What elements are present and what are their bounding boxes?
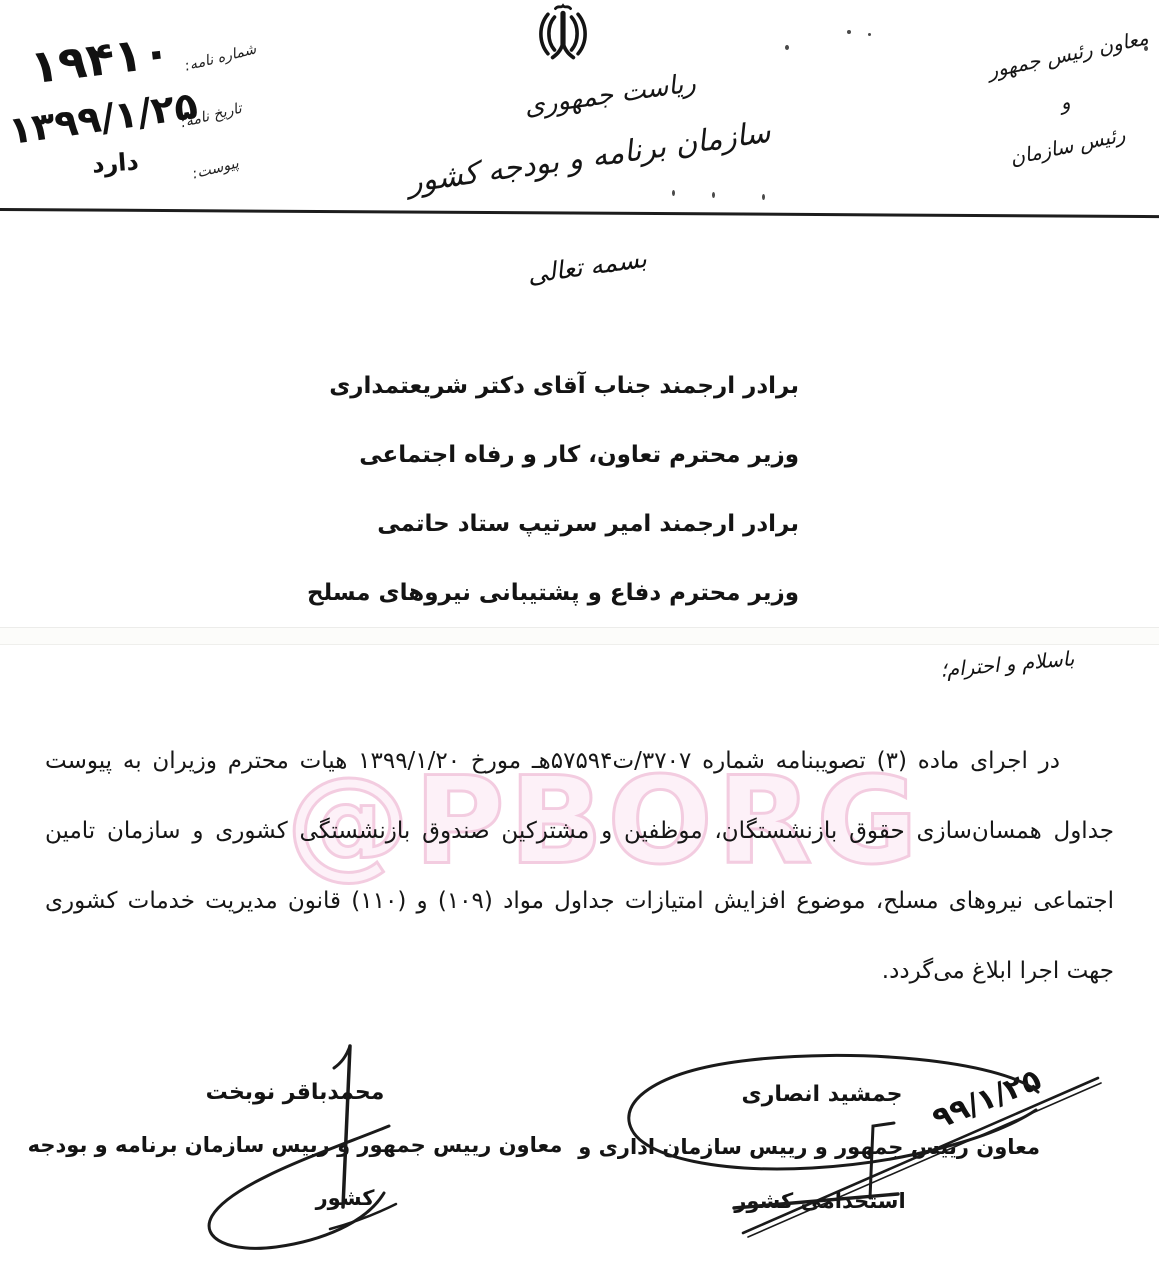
addressee-line: برادر ارجمند جناب آقای دکتر شریعتمداری bbox=[307, 352, 799, 421]
signer-left-title-2: کشور bbox=[260, 1186, 430, 1210]
besmellah: بسمه تعالی bbox=[511, 242, 664, 292]
org-name-pbo: سازمان برنامه و بودجه کشور bbox=[402, 114, 775, 200]
signer-left-name: محمدباقر نوبخت bbox=[35, 1080, 555, 1105]
scan-noise-dot bbox=[672, 190, 675, 196]
org-name-presidency: ریاست جمهوری bbox=[499, 65, 721, 125]
scan-noise-dot bbox=[868, 33, 871, 36]
letter-number-value: ۱۹۴۱۰ bbox=[27, 24, 173, 95]
addressee-line: برادر ارجمند امیر سرتیپ ستاد حاتمی bbox=[307, 490, 799, 559]
scan-noise-dot bbox=[785, 45, 789, 50]
scan-noise-dot bbox=[762, 194, 765, 200]
body-paragraph: در اجرای ماده (۳) تصویبنامه شماره ۳۷۰۷/ت… bbox=[45, 726, 1114, 1006]
scan-noise-dot bbox=[847, 30, 851, 34]
salutation: باسلام و احترام؛ bbox=[939, 646, 1075, 682]
addressee-line: وزیر محترم تعاون، کار و رفاه اجتماعی bbox=[307, 421, 799, 490]
body-line: اجتماعی نیروهای مسلح، موضوع افزایش امتیا… bbox=[45, 866, 1114, 936]
scan-noise-dot bbox=[712, 192, 715, 198]
header-divider-rule bbox=[0, 208, 1159, 218]
attachment-label: پیوست: bbox=[191, 156, 241, 183]
scan-noise-dot bbox=[1144, 46, 1148, 51]
addressee-block: برادر ارجمند جناب آقای دکتر شریعتمداری و… bbox=[307, 352, 799, 628]
scan-seam bbox=[0, 627, 1159, 645]
body-line: جهت اجرا ابلاغ می‌گردد. bbox=[45, 936, 1114, 1006]
body-line: در اجرای ماده (۳) تصویبنامه شماره ۳۷۰۷/ت… bbox=[45, 726, 1114, 796]
signer-left-title: معاون رییس جمهور و رییس سازمان برنامه و … bbox=[25, 1133, 565, 1157]
role-line-1: معاون رئیس جمهور bbox=[977, 24, 1158, 85]
addressee-line: وزیر محترم دفاع و پشتیبانی نیروهای مسلح bbox=[307, 559, 799, 628]
signer-right-title-2: استخدامی کشور bbox=[690, 1189, 950, 1213]
scanned-letter-page: ۱۹۴۱۰ ۱۳۹۹/۱/۲۵ دارد شماره نامه: تاریخ ن… bbox=[0, 0, 1159, 1280]
iran-coat-of-arms-icon bbox=[531, 2, 595, 66]
role-line-3: رئیس سازمان bbox=[994, 119, 1141, 173]
signer-right-title: معاون رییس جمهور و رییس سازمان اداری و bbox=[600, 1135, 1040, 1159]
handwritten-approval-date: ۹۹/۱/۲۵ bbox=[928, 1062, 1046, 1137]
body-line: جداول همسان‌سازی حقوق بازنشستگان، موظفین… bbox=[45, 796, 1114, 866]
attachment-value: دارد bbox=[91, 147, 140, 178]
role-line-2: و bbox=[1048, 87, 1082, 117]
letter-number-label: شماره نامه: bbox=[183, 41, 258, 74]
